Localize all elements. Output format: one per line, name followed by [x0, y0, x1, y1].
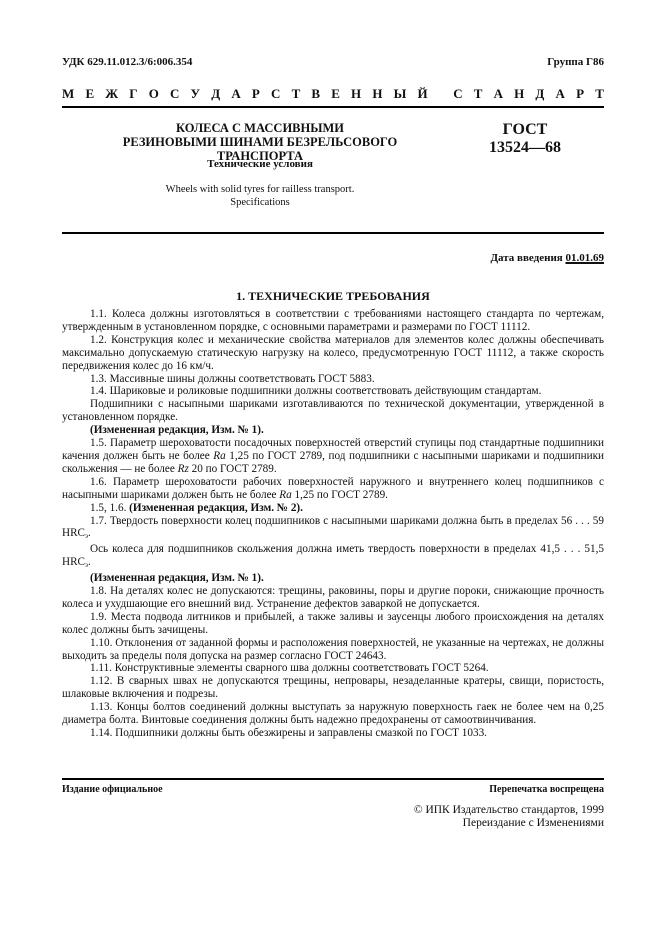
udk-code: УДК 629.11.012.3/6:006.354 — [62, 56, 192, 68]
english-title-line-2: Specifications — [80, 197, 440, 210]
amendment-note: (Измененная редакция, Изм. № 1). — [62, 424, 604, 437]
banner-letter: Е — [331, 86, 340, 102]
top-rule — [62, 106, 604, 108]
english-title: Wheels with solid tyres for railless tra… — [80, 184, 440, 209]
requirement-paragraph: 1.4. Шариковые и роликовые подшипники до… — [62, 385, 604, 398]
title-line-1: КОЛЕСА С МАССИВНЫМИ — [80, 121, 440, 135]
official-edition-label: Издание официальное — [62, 784, 163, 795]
amendment-note: 1.5, 1.6. (Измененная редакция, Изм. № 2… — [62, 502, 604, 515]
banner-letter: Р — [252, 86, 260, 102]
banner-letter: В — [311, 86, 320, 102]
banner-letter: С — [170, 86, 179, 102]
requirement-paragraph: 1.3. Массивные шины должны соответствова… — [62, 373, 604, 386]
banner-letter: Т — [474, 86, 483, 102]
banner-letter: Е — [85, 86, 94, 102]
requirement-paragraph: 1.5. Параметр шероховатости посадочных п… — [62, 437, 604, 476]
banner-letter: Н — [351, 86, 361, 102]
banner-letter: Д — [211, 86, 220, 102]
copyright-text: © ИПК Издательство стандартов, 1999 — [414, 804, 604, 817]
requirement-paragraph: Ось колеса для подшипников скольжения до… — [62, 543, 604, 572]
banner-letter: О — [149, 86, 159, 102]
banner-letter — [439, 86, 442, 102]
section-body: 1.1. Колеса должны изготовляться в соотв… — [62, 308, 604, 740]
section-heading: 1. ТЕХНИЧЕСКИЕ ТРЕБОВАНИЯ — [62, 289, 604, 304]
interstate-standard-banner: МЕЖГОСУДАРСТВЕННЫЙ СТАНДАРТ — [62, 86, 604, 102]
banner-letter: Р — [576, 86, 584, 102]
requirement-paragraph: 1.13. Концы болтов соединений должны выс… — [62, 701, 604, 727]
banner-letter: А — [494, 86, 503, 102]
banner-letter: У — [191, 86, 201, 102]
banner-letter: Т — [292, 86, 301, 102]
english-title-line-1: Wheels with solid tyres for railless tra… — [80, 184, 440, 197]
copyright-block: © ИПК Издательство стандартов, 1999 Пере… — [414, 804, 604, 830]
banner-letter: Д — [535, 86, 544, 102]
banner-letter: А — [231, 86, 240, 102]
banner-letter: С — [453, 86, 462, 102]
introduction-date: Дата введения 01.01.69 — [490, 252, 604, 264]
bottom-rule — [62, 778, 604, 780]
document-subtitle: Технические условия — [80, 158, 440, 170]
requirement-paragraph: 1.9. Места подвода литников и прибылей, … — [62, 611, 604, 637]
amendment-note: (Измененная редакция, Изм. № 1). — [62, 572, 604, 585]
date-value: 01.01.69 — [566, 252, 605, 264]
requirement-paragraph: 1.10. Отклонения от заданной формы и рас… — [62, 637, 604, 663]
banner-letter: Т — [595, 86, 604, 102]
reprint-prohibited-label: Перепечатка воспрещена — [489, 784, 604, 795]
banner-letter: Н — [514, 86, 524, 102]
reissue-text: Переиздание с Изменениями — [414, 817, 604, 830]
document-title: КОЛЕСА С МАССИВНЫМИ РЕЗИНОВЫМИ ШИНАМИ БЕ… — [80, 121, 440, 163]
gost-number: 13524—68 — [470, 139, 580, 157]
requirement-paragraph: 1.6. Параметр шероховатости рабочих пове… — [62, 476, 604, 502]
date-label: Дата введения — [490, 252, 562, 264]
gost-label: ГОСТ — [470, 121, 580, 139]
banner-letter: С — [271, 86, 280, 102]
banner-letter: Н — [372, 86, 382, 102]
banner-letter: М — [62, 86, 74, 102]
banner-letter: Й — [418, 86, 428, 102]
requirement-paragraph: 1.7. Твердость поверхности колец подшипн… — [62, 515, 604, 544]
requirement-paragraph: 1.1. Колеса должны изготовляться в соотв… — [62, 308, 604, 334]
gost-designation: ГОСТ 13524—68 — [470, 121, 580, 157]
banner-letter: Ж — [105, 86, 118, 102]
requirement-paragraph: 1.8. На деталях колес не допускаются: тр… — [62, 585, 604, 611]
group-code: Группа Г86 — [547, 56, 604, 68]
middle-rule — [62, 232, 604, 234]
banner-letter: А — [556, 86, 565, 102]
requirement-paragraph: 1.2. Конструкция колес и механические св… — [62, 334, 604, 373]
requirement-paragraph: 1.14. Подшипники должны быть обезжирены … — [62, 727, 604, 740]
requirement-paragraph: 1.11. Конструктивные элементы сварного ш… — [62, 662, 604, 675]
banner-letter: Ы — [394, 86, 407, 102]
requirement-paragraph: 1.12. В сварных швах не допускаются трещ… — [62, 675, 604, 701]
requirement-paragraph: Подшипники с насыпными шариками изготавл… — [62, 398, 604, 424]
banner-letter: Г — [129, 86, 137, 102]
